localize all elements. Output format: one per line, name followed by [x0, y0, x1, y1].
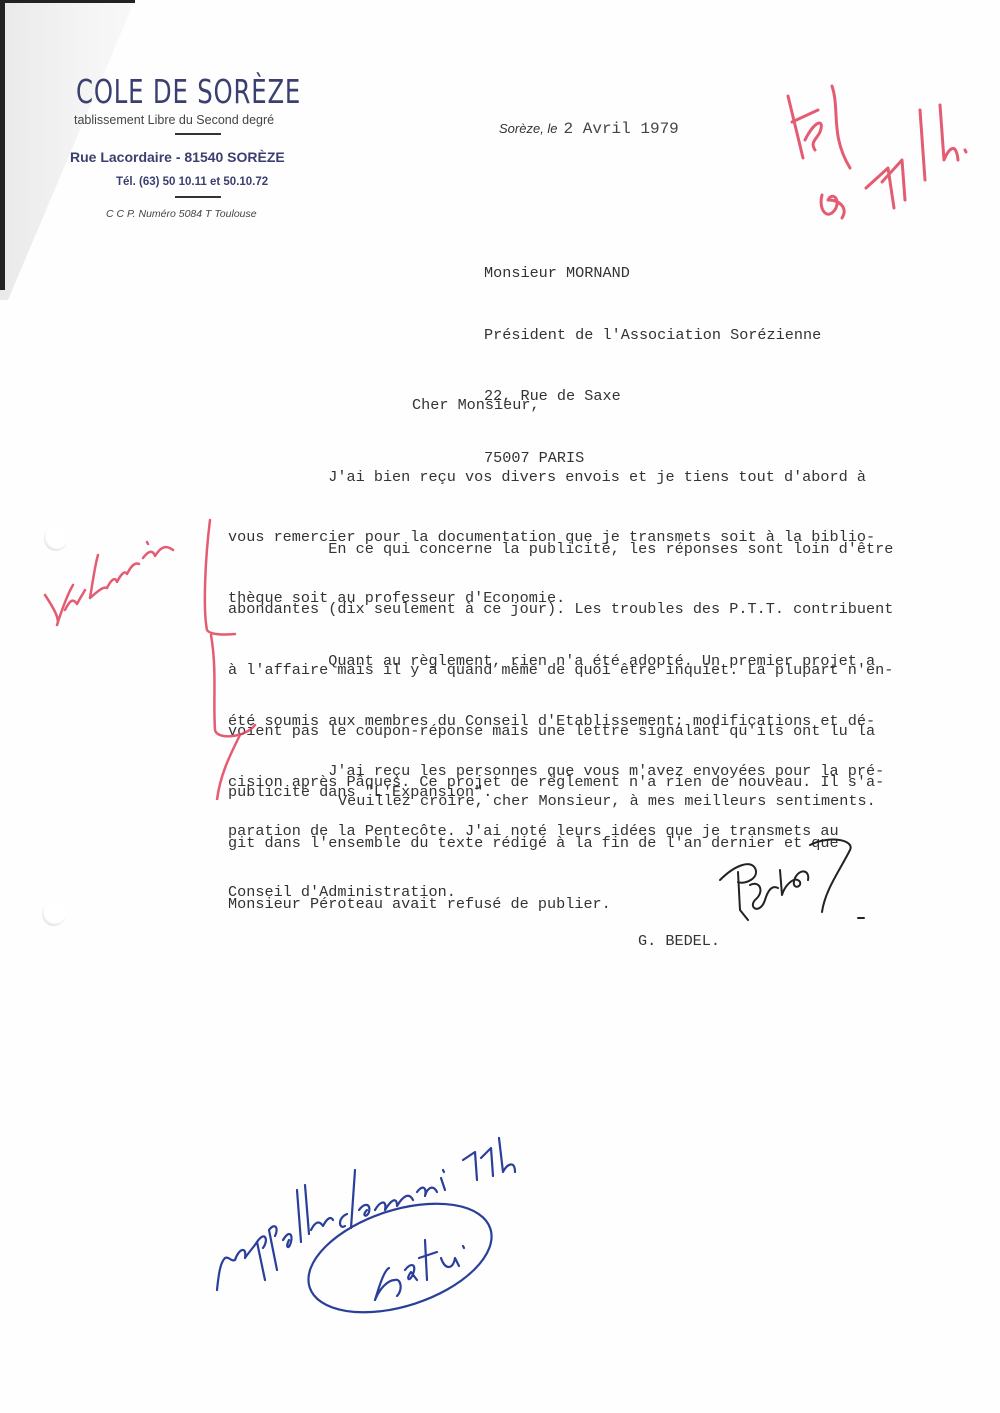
recipient-line: Président de l'Association Sorézienne: [484, 325, 821, 346]
school-ccp: C C P. Numéro 5084 T Toulouse: [106, 208, 257, 220]
letter-date: Sorèze, le2 Avril 1979: [499, 120, 679, 138]
red-handwritten-note-tel: [770, 80, 970, 220]
school-name: COLE DE SORÈZE: [76, 72, 301, 111]
paragraph-line: En ce qui concerne la publicité, les rép…: [228, 539, 893, 559]
letter-page: COLE DE SORÈZE tablissement Libre du Sec…: [0, 0, 1000, 1413]
blue-handwritten-note-rappeler: [205, 1130, 525, 1330]
school-subtitle: tablissement Libre du Second degré: [74, 113, 274, 127]
punch-hole: [44, 527, 68, 551]
date-value: 2 Avril 1979: [564, 120, 679, 138]
scan-edge-shadow: [0, 0, 5, 290]
paragraph-line: Quant au règlement, rien n'a été adopté.…: [228, 651, 884, 671]
red-margin-note-and-bracket: [35, 500, 265, 800]
punch-hole: [42, 902, 66, 926]
paragraph-line: J'ai bien reçu vos divers envois et je t…: [228, 467, 875, 487]
recipient-line: Monsieur MORNAND: [484, 263, 821, 284]
school-telephone: Tél. (63) 50 10.11 et 50.10.72: [116, 176, 268, 188]
salutation: Cher Monsieur,: [412, 396, 540, 414]
signer-name: G. BEDEL.: [638, 932, 720, 950]
paragraph-line: J'ai reçu les personnes que vous m'avez …: [228, 761, 884, 781]
scan-edge-shadow-top: [0, 0, 135, 3]
date-prefix: Sorèze, le: [499, 121, 558, 136]
closing-formula: Veuillez croire, cher Monsieur, à mes me…: [338, 792, 876, 810]
school-address: Rue Lacordaire - 81540 SORÈZE: [70, 149, 285, 165]
letterhead-divider: [175, 196, 221, 198]
letterhead-divider: [175, 133, 221, 135]
handwritten-signature: [710, 830, 870, 930]
